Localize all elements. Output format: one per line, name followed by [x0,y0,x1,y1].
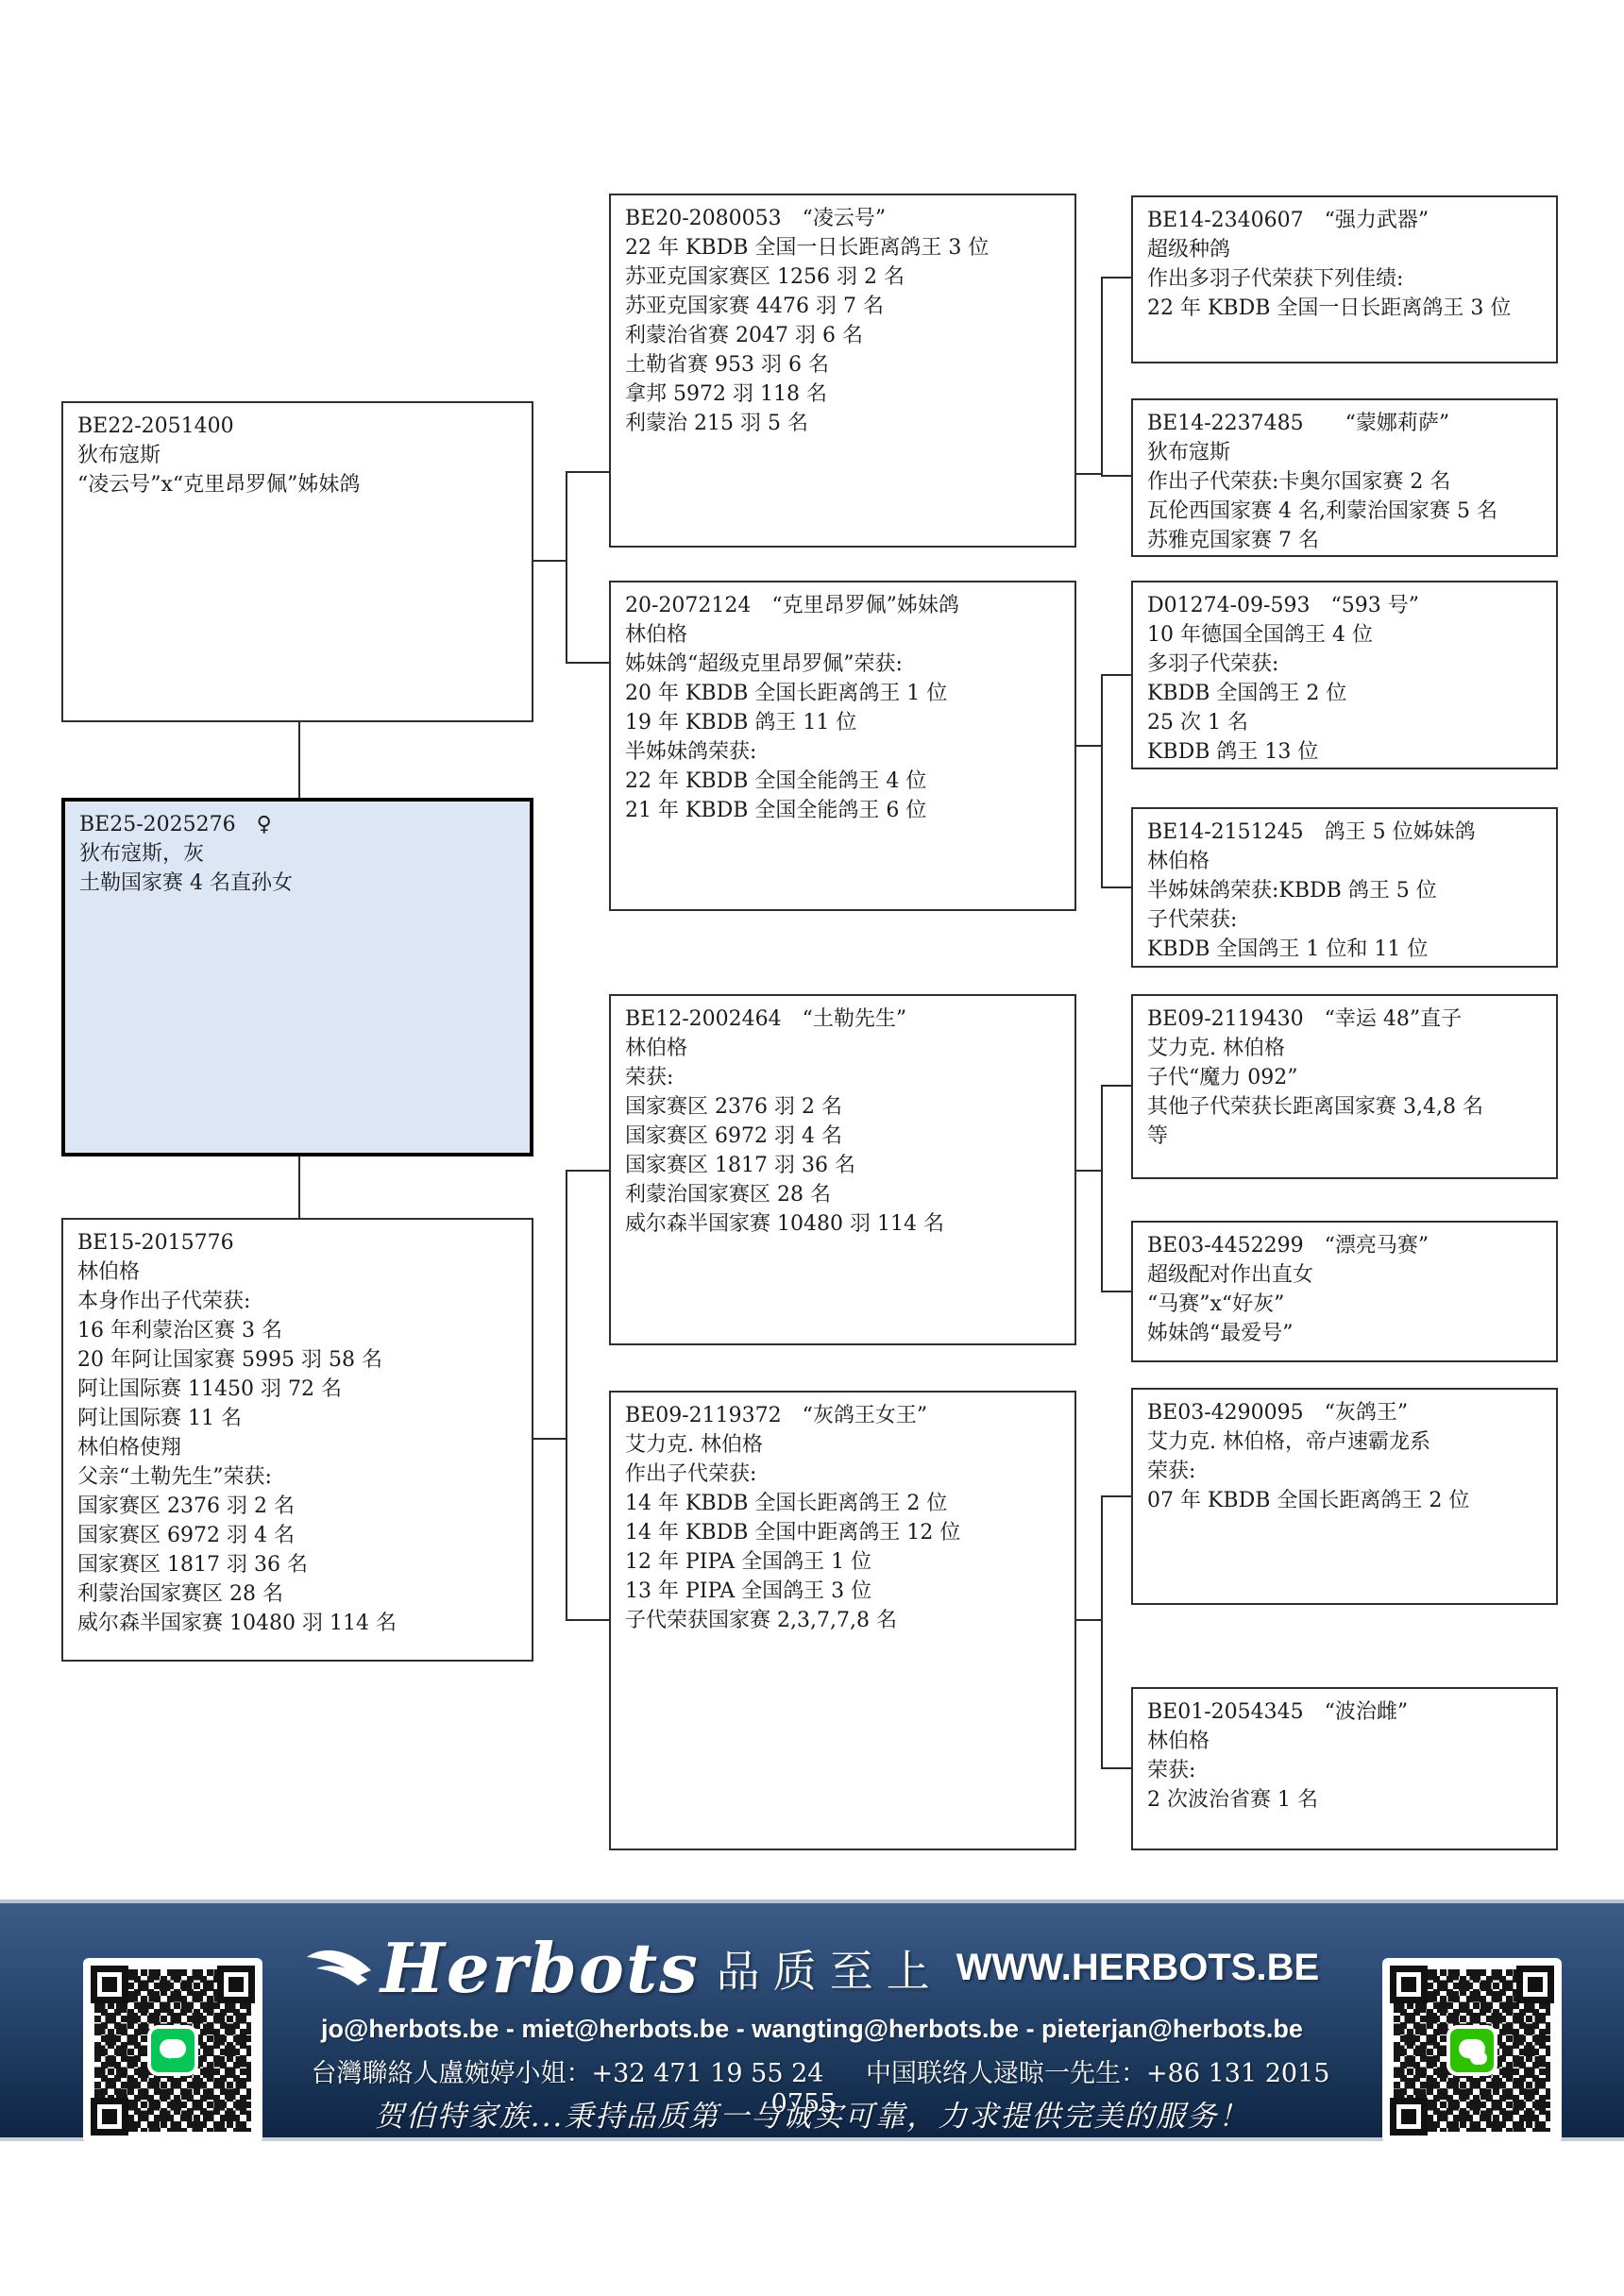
text-line: BE14-2340607 “强力武器” [1147,206,1542,235]
email-line: jo@herbots.be - miet@herbots.be - wangti… [264,2015,1360,2044]
connector-line [1076,473,1103,475]
text-line: 艾力克. 林伯格，帝卢速霸龙系 [1147,1427,1542,1457]
connector-line [566,1170,567,1621]
text-line: 威尔森半国家赛 10480 羽 114 名 [625,1209,1060,1239]
text-line: 子代“魔力 092” [1147,1063,1542,1092]
connector-line [1076,1170,1103,1172]
connector-line [1101,277,1131,279]
text-line: 苏雅克国家赛 7 名 [1147,526,1542,555]
brand-slogan: 品质至上 [717,1946,943,1997]
pedigree-page: BE22-2051400狄布寇斯“凌云号”x“克里昂罗佩”姊妹鸽 BE25-20… [0,0,1624,2296]
text-line: 林伯格 [625,620,1060,650]
connector-line [1101,674,1103,888]
text-line: 14 年 KBDB 全国中距离鸽王 12 位 [625,1518,1060,1547]
text-line: 威尔森半国家赛 10480 羽 114 名 [77,1609,517,1638]
text-line: 半姊妹鸽荣获:KBDB 鸽王 5 位 [1147,876,1542,905]
pedigree-box-granddam-2: BE09-2119372 “灰鸽王女王”艾力克. 林伯格作出子代荣获:14 年 … [609,1391,1076,1850]
connector-line [1101,475,1131,477]
connector-line [1101,1495,1103,1769]
text-line: BE14-2151245 鸽王 5 位姊妹鸽 [1147,818,1542,847]
text-line: 国家赛区 2376 羽 2 名 [77,1492,517,1521]
pedigree-box-ggparent-6: BE03-4452299 “漂亮马赛”超级配对作出直女“马赛”x“好灰”姊妹鸽“… [1131,1221,1558,1362]
text-line: 多羽子代荣获: [1147,650,1542,679]
text-line: 25 次 1 名 [1147,708,1542,737]
tagline: 贺伯特家族...秉持品质第一与诚实可靠，力求提供完美的服务！ [264,2092,1360,2135]
text-line: KBDB 鸽王 13 位 [1147,737,1542,767]
text-line: 狄布寇斯 [1147,438,1542,467]
text-line: 阿让国际赛 11 名 [77,1404,517,1433]
connector-line [533,1438,567,1440]
website-link: WWW.HERBOTS.BE [956,1947,1319,1988]
chat-bubble [160,2039,186,2058]
text-line: 利蒙治 215 羽 5 名 [625,409,1060,438]
text-line: 子代荣获: [1147,905,1542,935]
line-icon [147,2025,198,2076]
qr-finder [217,1966,255,2003]
text-line: 2 次波治省赛 1 名 [1147,1785,1542,1815]
pedigree-box-ggparent-7: BE03-4290095 “灰鸽王”艾力克. 林伯格，帝卢速霸龙系荣获:07 年… [1131,1388,1558,1605]
text-line: BE12-2002464 “土勒先生” [625,1004,1060,1034]
connector-line [566,1170,610,1172]
text-line: D01274-09-593 “593 号” [1147,591,1542,620]
qr-code-line [83,1958,262,2143]
text-line: 林伯格 [1147,847,1542,876]
pedigree-box-grandsire-2: BE12-2002464 “土勒先生”林伯格荣获:国家赛区 2376 羽 2 名… [609,994,1076,1345]
text-line: 林伯格使翔 [77,1433,517,1462]
qr-finder [91,1966,128,2003]
text-line: 土勒国家赛 4 名直孙女 [79,869,516,898]
text-line: 苏亚克国家赛 4476 羽 7 名 [625,292,1060,321]
pedigree-box-ggparent-8: BE01-2054345 “波治雌”林伯格荣获:2 次波治省赛 1 名 [1131,1687,1558,1850]
text-line: 林伯格 [625,1034,1060,1063]
text-line: 苏亚克国家赛区 1256 羽 2 名 [625,262,1060,292]
text-line: 22 年 KBDB 全国一日长距离鸽王 3 位 [1147,294,1542,323]
connector-line [1101,1085,1131,1087]
text-line: 22 年 KBDB 全国全能鸽王 4 位 [625,767,1060,796]
connector-line [1101,1495,1131,1497]
pedigree-box-sire: BE22-2051400狄布寇斯“凌云号”x“克里昂罗佩”姊妹鸽 [61,401,533,722]
qr-finder [1516,1966,1554,2003]
text-line: BE20-2080053 “凌云号” [625,204,1060,233]
connector-line [566,471,610,473]
text-line: BE01-2054345 “波治雌” [1147,1697,1542,1727]
text-line: 国家赛区 1817 羽 36 名 [625,1151,1060,1180]
text-line: 瓦伦西国家赛 4 名,利蒙治国家赛 5 名 [1147,497,1542,526]
text-line: BE03-4452299 “漂亮马赛” [1147,1231,1542,1260]
text-line: BE09-2119372 “灰鸽王女王” [625,1401,1060,1430]
text-line: 作出子代荣获:卡奥尔国家赛 2 名 [1147,467,1542,497]
herbots-logo: Herbots [381,1928,700,2008]
connector-line [298,1156,300,1219]
text-line: 国家赛区 2376 羽 2 名 [625,1092,1060,1122]
text-line: 12 年 PIPA 全国鸽王 1 位 [625,1547,1060,1577]
text-line: “马赛”x“好灰” [1147,1290,1542,1319]
text-line: 22 年 KBDB 全国一日长距离鸽王 3 位 [625,233,1060,262]
wechat-icon [1446,2025,1497,2076]
connector-line [1101,1085,1103,1292]
text-line: 超级配对作出直女 [1147,1260,1542,1290]
text-line: 荣获: [1147,1756,1542,1785]
text-line: 13 年 PIPA 全国鸽王 3 位 [625,1577,1060,1606]
pedigree-box-ggparent-1: BE14-2340607 “强力武器”超级种鸽作出多羽子代荣获下列佳绩:22 年… [1131,195,1558,363]
text-line: 子代荣获国家赛 2,3,7,7,8 名 [625,1606,1060,1635]
text-line: 父亲“土勒先生”荣获: [77,1462,517,1492]
connector-line [566,471,567,664]
text-line: 国家赛区 6972 羽 4 名 [77,1521,517,1550]
chat-bubble-small [1470,2051,1487,2065]
text-line: 利蒙治国家赛区 28 名 [625,1180,1060,1209]
connector-line [1101,674,1131,676]
text-line: 其他子代荣获长距离国家赛 3,4,8 名 [1147,1092,1542,1122]
text-line: BE25-2025276 ♀ [79,810,516,839]
text-line: 14 年 KBDB 全国长距离鸽王 2 位 [625,1489,1060,1518]
pedigree-box-subject: BE25-2025276 ♀狄布寇斯，灰土勒国家赛 4 名直孙女 [61,798,533,1156]
connector-line [1101,1767,1131,1769]
text-line: BE22-2051400 [77,412,517,441]
text-line: 20 年阿让国家赛 5995 羽 58 名 [77,1345,517,1375]
text-line: BE09-2119430 “幸运 48”直子 [1147,1004,1542,1034]
connector-line [566,662,610,664]
pedigree-box-ggparent-3: D01274-09-593 “593 号”10 年德国全国鸽王 4 位多羽子代荣… [1131,581,1558,769]
text-line: 艾力克. 林伯格 [1147,1034,1542,1063]
text-line: 利蒙治国家赛区 28 名 [77,1579,517,1609]
qr-finder [1390,2098,1428,2136]
footer-center: Herbots品质至上WWW.HERBOTS.BE jo@herbots.be … [264,1903,1360,2137]
text-line: 狄布寇斯，灰 [79,839,516,869]
text-line: 等 [1147,1122,1542,1151]
pedigree-box-ggparent-2: BE14-2237485 “蒙娜莉萨”狄布寇斯作出子代荣获:卡奥尔国家赛 2 名… [1131,398,1558,557]
connector-line [1076,1619,1103,1621]
text-line: 07 年 KBDB 全国长距离鸽王 2 位 [1147,1486,1542,1515]
text-line: 狄布寇斯 [77,441,517,470]
text-line: 半姊妹鸽荣获: [625,737,1060,767]
text-line: “凌云号”x“克里昂罗佩”姊妹鸽 [77,470,517,499]
text-line: 拿邦 5972 羽 118 名 [625,380,1060,409]
text-line: 10 年德国全国鸽王 4 位 [1147,620,1542,650]
text-line: 姊妹鸽“超级克里昂罗佩”荣获: [625,650,1060,679]
footer-banner: Herbots品质至上WWW.HERBOTS.BE jo@herbots.be … [0,1899,1624,2141]
text-line: KBDB 全国鸽王 1 位和 11 位 [1147,935,1542,964]
text-line: 本身作出子代荣获: [77,1287,517,1316]
text-line: 作出子代荣获: [625,1460,1060,1489]
connector-line [1101,886,1131,888]
text-line: 荣获: [625,1063,1060,1092]
brand-row: Herbots品质至上WWW.HERBOTS.BE [264,1928,1360,2008]
text-line: BE15-2015776 [77,1228,517,1258]
pedigree-box-granddam-1: 20-2072124 “克里昂罗佩”姊妹鸽林伯格姊妹鸽“超级克里昂罗佩”荣获:2… [609,581,1076,911]
connector-line [1101,277,1103,477]
text-line: 超级种鸽 [1147,235,1542,264]
text-line: 艾力克. 林伯格 [625,1430,1060,1460]
text-line: 国家赛区 1817 羽 36 名 [77,1550,517,1579]
text-line: 21 年 KBDB 全国全能鸽王 6 位 [625,796,1060,825]
text-line: BE14-2237485 “蒙娜莉萨” [1147,409,1542,438]
pedigree-box-dam: BE15-2015776林伯格本身作出子代荣获:16 年利蒙治区赛 3 名20 … [61,1218,533,1662]
pedigree-box-ggparent-4: BE14-2151245 鸽王 5 位姊妹鸽林伯格半姊妹鸽荣获:KBDB 鸽王 … [1131,807,1558,968]
qr-finder [1390,1966,1428,2003]
text-line: 利蒙治省赛 2047 羽 6 名 [625,321,1060,350]
text-line: 林伯格 [77,1258,517,1287]
connector-line [298,722,300,798]
pedigree-box-grandsire-1: BE20-2080053 “凌云号”22 年 KBDB 全国一日长距离鸽王 3 … [609,194,1076,548]
text-line: 阿让国际赛 11450 羽 72 名 [77,1375,517,1404]
connector-line [1101,1291,1131,1292]
text-line: 土勒省赛 953 羽 6 名 [625,350,1060,380]
text-line: 20-2072124 “克里昂罗佩”姊妹鸽 [625,591,1060,620]
text-line: 国家赛区 6972 羽 4 名 [625,1122,1060,1151]
text-line: KBDB 全国鸽王 2 位 [1147,679,1542,708]
text-line: 姊妹鸽“最爱号” [1147,1319,1542,1348]
connector-line [1076,745,1103,747]
text-line: 林伯格 [1147,1727,1542,1756]
text-line: 19 年 KBDB 鸽王 11 位 [625,708,1060,737]
text-line: 作出多羽子代荣获下列佳绩: [1147,264,1542,294]
connector-line [533,560,567,562]
pedigree-box-ggparent-5: BE09-2119430 “幸运 48”直子艾力克. 林伯格子代“魔力 092”… [1131,994,1558,1179]
wing-icon [305,1942,375,1995]
text-line: BE03-4290095 “灰鸽王” [1147,1398,1542,1427]
text-line: 16 年利蒙治区赛 3 名 [77,1316,517,1345]
qr-finder [91,2098,128,2136]
qr-code-wechat [1382,1958,1562,2143]
contact-taiwan: 台灣聯絡人盧婉婷小姐：+32 471 19 55 24 [312,2059,824,2088]
connector-line [566,1619,610,1621]
text-line: 荣获: [1147,1457,1542,1486]
text-line: 20 年 KBDB 全国长距离鸽王 1 位 [625,679,1060,708]
